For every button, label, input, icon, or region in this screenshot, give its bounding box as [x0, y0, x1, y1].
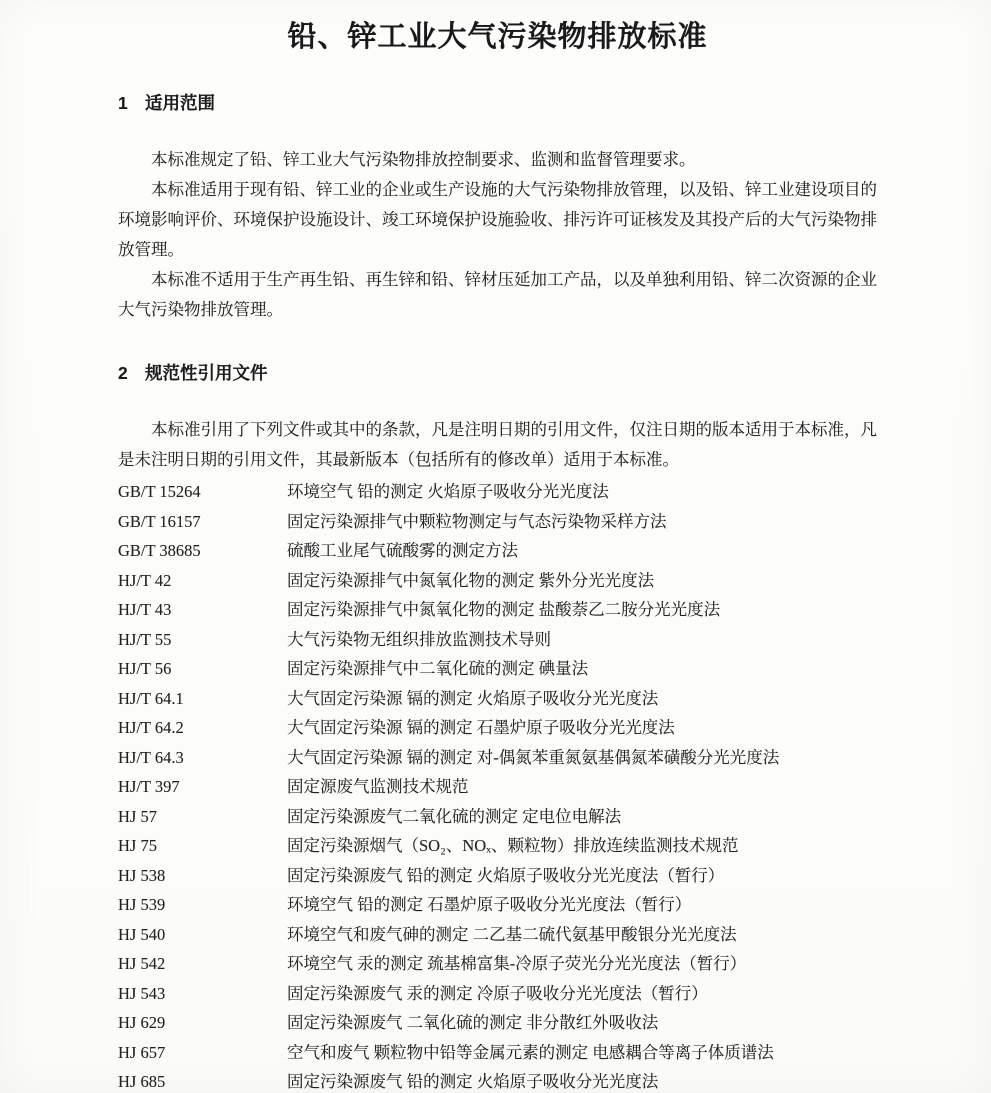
- reference-code: HJ 629: [118, 1008, 287, 1038]
- paragraph: 本标准引用了下列文件或其中的条款，凡是注明日期的引用文件，仅注日期的版本适用于本…: [118, 415, 877, 475]
- reference-row: GB/T 38685 硫酸工业尾气硫酸雾的测定方法: [118, 536, 877, 566]
- reference-code: HJ/T 64.1: [118, 684, 287, 714]
- reference-row: HJ 539 环境空气 铅的测定 石墨炉原子吸收分光光度法（暂行）: [118, 890, 877, 920]
- paragraph: 本标准规定了铅、锌工业大气污染物排放控制要求、监测和监督管理要求。: [118, 145, 877, 175]
- reference-code: HJ/T 43: [118, 595, 287, 625]
- reference-row: HJ 538 固定污染源废气 铅的测定 火焰原子吸收分光光度法（暂行）: [118, 861, 877, 891]
- reference-title: 固定污染源废气 二氧化硫的测定 非分散红外吸收法: [287, 1008, 877, 1038]
- reference-code: HJ/T 397: [118, 772, 287, 802]
- reference-code: GB/T 38685: [118, 536, 287, 566]
- reference-row: HJ/T 43 固定污染源排气中氮氧化物的测定 盐酸萘乙二胺分光光度法: [118, 595, 877, 625]
- section-1-heading-text: 适用范围: [145, 91, 215, 115]
- reference-row: HJ/T 64.2 大气固定污染源 镉的测定 石墨炉原子吸收分光光度法: [118, 713, 877, 743]
- section-2-paragraphs: 本标准引用了下列文件或其中的条款，凡是注明日期的引用文件，仅注日期的版本适用于本…: [118, 415, 877, 475]
- reference-row: HJ/T 397 固定源废气监测技术规范: [118, 772, 877, 802]
- section-2-number: 2: [118, 361, 145, 385]
- reference-title: 固定污染源排气中氮氧化物的测定 紫外分光光度法: [287, 566, 877, 596]
- reference-title: 大气污染物无组织排放监测技术导则: [287, 625, 877, 655]
- reference-code: GB/T 16157: [118, 507, 287, 537]
- reference-row: HJ 685 固定污染源废气 铅的测定 火焰原子吸收分光光度法: [118, 1067, 877, 1093]
- reference-code: HJ/T 64.2: [118, 713, 287, 743]
- reference-title: 空气和废气 颗粒物中铅等金属元素的测定 电感耦合等离子体质谱法: [287, 1038, 877, 1068]
- reference-row: GB/T 16157 固定污染源排气中颗粒物测定与气态污染物采样方法: [118, 507, 877, 537]
- reference-title: 大气固定污染源 镉的测定 石墨炉原子吸收分光光度法: [287, 713, 877, 743]
- reference-code: HJ 75: [118, 831, 287, 861]
- paragraph: 本标准不适用于生产再生铅、再生锌和铅、锌材压延加工产品，以及单独利用铅、锌二次资…: [118, 265, 877, 325]
- reference-title: 固定污染源废气 铅的测定 火焰原子吸收分光光度法（暂行）: [287, 861, 877, 891]
- reference-code: HJ 538: [118, 861, 287, 891]
- reference-row: HJ 629 固定污染源废气 二氧化硫的测定 非分散红外吸收法: [118, 1008, 877, 1038]
- reference-code: HJ/T 55: [118, 625, 287, 655]
- reference-title: 环境空气 铅的测定 火焰原子吸收分光光度法: [287, 477, 877, 507]
- reference-title: 大气固定污染源 镉的测定 火焰原子吸收分光光度法: [287, 684, 877, 714]
- reference-row: HJ 57 固定污染源废气二氧化硫的测定 定电位电解法: [118, 802, 877, 832]
- document-title: 铅、锌工业大气污染物排放标准: [118, 14, 877, 55]
- reference-code: HJ 685: [118, 1067, 287, 1093]
- reference-title: 固定源废气监测技术规范: [287, 772, 877, 802]
- section-1-heading: 1 适用范围: [118, 91, 877, 115]
- reference-title: 环境空气 汞的测定 巯基棉富集-冷原子荧光分光光度法（暂行）: [287, 949, 877, 979]
- reference-code: GB/T 15264: [118, 477, 287, 507]
- reference-row: HJ/T 64.1 大气固定污染源 镉的测定 火焰原子吸收分光光度法: [118, 684, 877, 714]
- reference-code: HJ/T 64.3: [118, 743, 287, 773]
- reference-row: GB/T 15264 环境空气 铅的测定 火焰原子吸收分光光度法: [118, 477, 877, 507]
- reference-code: HJ 542: [118, 949, 287, 979]
- reference-row: HJ/T 56 固定污染源排气中二氧化硫的测定 碘量法: [118, 654, 877, 684]
- section-2-heading-text: 规范性引用文件: [145, 361, 268, 385]
- reference-title: 固定污染源废气 汞的测定 冷原子吸收分光光度法（暂行）: [287, 979, 877, 1009]
- reference-title: 固定污染源废气 铅的测定 火焰原子吸收分光光度法: [287, 1067, 877, 1093]
- reference-row: HJ 657 空气和废气 颗粒物中铅等金属元素的测定 电感耦合等离子体质谱法: [118, 1038, 877, 1068]
- reference-row: HJ 540 环境空气和废气砷的测定 二乙基二硫代氨基甲酸银分光光度法: [118, 920, 877, 950]
- document-page: 铅、锌工业大气污染物排放标准 1 适用范围 本标准规定了铅、锌工业大气污染物排放…: [0, 0, 991, 1093]
- reference-row: HJ/T 64.3 大气固定污染源 镉的测定 对-偶氮苯重氮氨基偶氮苯磺酸分光光…: [118, 743, 877, 773]
- reference-list: GB/T 15264 环境空气 铅的测定 火焰原子吸收分光光度法 GB/T 16…: [118, 477, 877, 1093]
- reference-row: HJ 543 固定污染源废气 汞的测定 冷原子吸收分光光度法（暂行）: [118, 979, 877, 1009]
- reference-title: 固定污染源烟气（SO₂、NOₓ、颗粒物）排放连续监测技术规范: [287, 831, 877, 861]
- paragraph: 本标准适用于现有铅、锌工业的企业或生产设施的大气污染物排放管理，以及铅、锌工业建…: [118, 175, 877, 265]
- reference-code: HJ 57: [118, 802, 287, 832]
- reference-row: HJ 75 固定污染源烟气（SO₂、NOₓ、颗粒物）排放连续监测技术规范: [118, 831, 877, 861]
- reference-code: HJ 539: [118, 890, 287, 920]
- reference-title: 环境空气和废气砷的测定 二乙基二硫代氨基甲酸银分光光度法: [287, 920, 877, 950]
- reference-code: HJ 540: [118, 920, 287, 950]
- reference-code: HJ 657: [118, 1038, 287, 1068]
- reference-title: 硫酸工业尾气硫酸雾的测定方法: [287, 536, 877, 566]
- reference-code: HJ 543: [118, 979, 287, 1009]
- reference-row: HJ 542 环境空气 汞的测定 巯基棉富集-冷原子荧光分光光度法（暂行）: [118, 949, 877, 979]
- reference-title: 固定污染源排气中氮氧化物的测定 盐酸萘乙二胺分光光度法: [287, 595, 877, 625]
- reference-title: 大气固定污染源 镉的测定 对-偶氮苯重氮氨基偶氮苯磺酸分光光度法: [287, 743, 877, 773]
- reference-title: 固定污染源排气中颗粒物测定与气态污染物采样方法: [287, 507, 877, 537]
- section-2-heading: 2 规范性引用文件: [118, 361, 877, 385]
- reference-title: 固定污染源排气中二氧化硫的测定 碘量法: [287, 654, 877, 684]
- reference-row: HJ/T 42 固定污染源排气中氮氧化物的测定 紫外分光光度法: [118, 566, 877, 596]
- section-1-paragraphs: 本标准规定了铅、锌工业大气污染物排放控制要求、监测和监督管理要求。 本标准适用于…: [118, 145, 877, 325]
- reference-code: HJ/T 42: [118, 566, 287, 596]
- section-1-number: 1: [118, 91, 145, 115]
- reference-row: HJ/T 55 大气污染物无组织排放监测技术导则: [118, 625, 877, 655]
- reference-code: HJ/T 56: [118, 654, 287, 684]
- reference-title: 环境空气 铅的测定 石墨炉原子吸收分光光度法（暂行）: [287, 890, 877, 920]
- reference-title: 固定污染源废气二氧化硫的测定 定电位电解法: [287, 802, 877, 832]
